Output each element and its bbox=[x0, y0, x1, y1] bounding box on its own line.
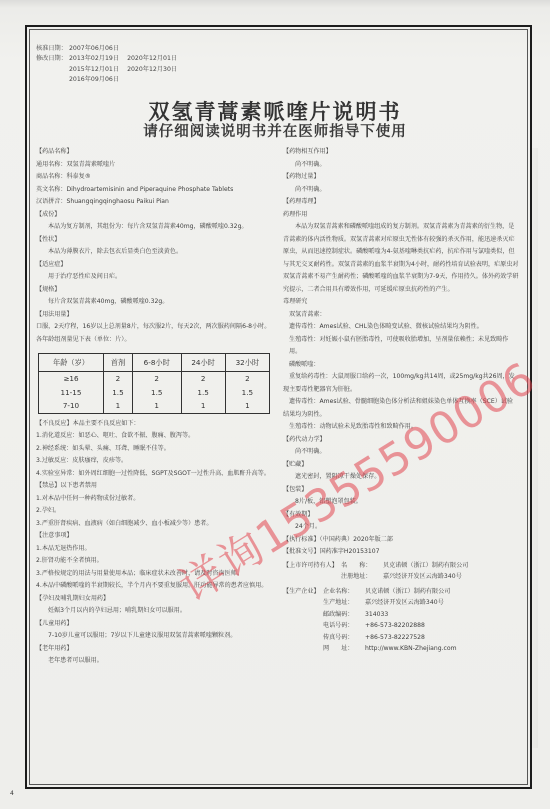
trade-name: 商品名称：科泰复® bbox=[36, 171, 272, 184]
section-text: 老年患者可以服用。 bbox=[36, 655, 272, 668]
pq-genotoxicity: 遗传毒性：Ames试验、骨髓细胞染色体分析法和姐妹染色单体互换率（SCE）试验结… bbox=[283, 396, 519, 421]
table-row: 11-151.51.51.51.5 bbox=[39, 386, 270, 400]
section-precautions: 【注意事项】 1.本品无退热作用。2.肝肾功能不全者慎用。3.严格按规定的用法与… bbox=[36, 530, 272, 593]
table-cell: 7-10 bbox=[39, 399, 104, 413]
table-cell: 1.5 bbox=[225, 386, 269, 400]
section-header: 【孕妇及哺乳期妇女用药】 bbox=[36, 593, 272, 606]
field-label: 邮政编码： bbox=[323, 609, 365, 621]
section-storage: 【贮藏】 遮光密封，置阴凉干燥处保存。 bbox=[283, 459, 519, 484]
revised-date: 2015年12月01日 bbox=[69, 65, 119, 75]
manufacturer-field: 邮政编码：314033 bbox=[323, 609, 457, 621]
field-label: 网 址： bbox=[323, 643, 365, 655]
section-pregnancy: 【孕妇及哺乳期妇女用药】 妊娠3个月以内的孕妇忌用；哺乳期妇女可以服用。 bbox=[36, 593, 272, 618]
section-header: 【药物相互作用】 bbox=[283, 146, 519, 159]
section-contraindications: 【禁忌】以下患者禁用 1.对本品中任何一种药物成份过敏者。2.孕妇。3.严重肝肾… bbox=[36, 480, 272, 530]
section-header: 【贮藏】 bbox=[283, 459, 519, 472]
section-header: 【批准文号】 bbox=[283, 548, 320, 555]
table-cell: 2 bbox=[225, 372, 269, 386]
section-header: 【生产企业】 bbox=[283, 586, 323, 655]
section-text: （中国药典）2020年版二部 bbox=[320, 536, 393, 543]
table-cell: 1.5 bbox=[132, 386, 181, 400]
section-standard: 【执行标准】（中国药典）2020年版二部 bbox=[283, 534, 519, 547]
table-column-header: 6-8小时 bbox=[132, 354, 181, 372]
section-header: 【有效期】 bbox=[283, 509, 519, 522]
section-text: 国药准字H20153107 bbox=[320, 548, 380, 555]
section-text: 8片/板，铝塑泡罩包装。 bbox=[283, 496, 519, 509]
table-cell: 2 bbox=[132, 372, 181, 386]
section-header: 【执行标准】 bbox=[283, 536, 320, 543]
table-cell: ≥16 bbox=[39, 372, 104, 386]
english-name: 英文名称：Dihydroartemisinin and Piperaquine … bbox=[36, 184, 272, 197]
section-package: 【包装】 8片/板，铝塑泡罩包装。 bbox=[283, 484, 519, 509]
section-header: 【药品名称】 bbox=[36, 146, 272, 159]
field-value: 嘉兴经济开发区云海路340号 bbox=[365, 597, 444, 609]
manufacturer-fields: 企业名称：贝克诺顿（浙江）制药有限公司生产地址：嘉兴经济开发区云海路340号邮政… bbox=[323, 586, 457, 655]
section-text: 本品为复方制剂，其组份为：每片含双氢青蒿素40mg，磷酸哌喹0.32g。 bbox=[36, 221, 272, 234]
section-specification: 【规格】 每片含双氢青蒿素40mg，磷酸哌喹0.32g。 bbox=[36, 284, 272, 309]
table-row: 7-101111 bbox=[39, 399, 270, 413]
table-column-header: 32小时 bbox=[225, 354, 269, 372]
section-drug-name: 【药品名称】 通用名称：双氢青蒿素哌喹片 商品名称：科泰复® 英文名称：Dihy… bbox=[36, 146, 272, 209]
dha-label: 双氢青蒿素： bbox=[283, 309, 519, 322]
section-header: 【药理毒理】 bbox=[283, 196, 519, 209]
generic-name: 通用名称：双氢青蒿素哌喹片 bbox=[36, 159, 272, 172]
list-item: 1.对本品中任何一种药物成份过敏者。 bbox=[36, 493, 272, 506]
section-header: 【药物过量】 bbox=[283, 171, 519, 184]
list-item: 1.本品无退热作用。 bbox=[36, 543, 272, 556]
section-indications: 【适应症】 用于治疗恶性疟及间日疟。 bbox=[36, 259, 272, 284]
list-item: 2.神经系统：如头晕、头痛、耳聋、睡眠不佳等。 bbox=[36, 443, 272, 456]
table-cell: 1 bbox=[103, 399, 132, 413]
revised-date: 2013年02月19日 bbox=[69, 54, 119, 64]
page-number: 4 bbox=[10, 790, 14, 797]
field-value: 314033 bbox=[365, 609, 388, 621]
section-header: 【注意事项】 bbox=[36, 530, 272, 543]
table-cell: 1.5 bbox=[103, 386, 132, 400]
table-column-header: 年龄（岁） bbox=[39, 354, 104, 372]
table-column-header: 24小时 bbox=[181, 354, 225, 372]
section-header: 【包装】 bbox=[283, 484, 519, 497]
table-cell: 2 bbox=[181, 372, 225, 386]
table-cell: 2 bbox=[103, 372, 132, 386]
section-dosage: 【用法用量】 口服，2天疗程，16岁以上总剂量8片，每次服2片，每天2次，两次服… bbox=[36, 309, 272, 414]
field-value: +86-573-82227528 bbox=[365, 632, 425, 644]
section-header: 【适应症】 bbox=[36, 259, 272, 272]
section-text: 每片含双氢青蒿素40mg，磷酸哌喹0.32g。 bbox=[36, 296, 272, 309]
field-label: 企业名称： bbox=[323, 586, 365, 598]
manufacturer-field: 电话号码：+86-573-82202888 bbox=[323, 620, 457, 632]
adverse-list: 1.消化道反应：如恶心、呕吐、食欲不振、腹痛、腹泻等。2.神经系统：如头晕、头痛… bbox=[36, 430, 272, 480]
field-label: 生产地址： bbox=[323, 597, 365, 609]
section-header: 【不良反应】 bbox=[36, 420, 73, 427]
manufacturer-field: 企业名称：贝克诺顿（浙江）制药有限公司 bbox=[323, 586, 457, 598]
section-validity: 【有效期】 24个月。 bbox=[283, 509, 519, 534]
section-intro: 以下患者禁用 bbox=[60, 482, 97, 489]
table-cell: 11-15 bbox=[39, 386, 104, 400]
section-geriatric: 【老年用药】 老年患者可以服用。 bbox=[36, 643, 272, 668]
subsection-title: 药理作用 bbox=[283, 209, 519, 222]
section-header: 【用法用量】 bbox=[36, 309, 272, 322]
dha-reproductive: 生殖毒性：对妊娠小鼠有胚胎毒性，可使吸收胎增加，呈剂量依赖性；未见致畸作用。 bbox=[283, 334, 519, 359]
section-header: 【性状】 bbox=[36, 234, 272, 247]
list-item: 3.严格按规定的用法与用量使用本品；临床症状未改善时，请及时咨询医师。 bbox=[36, 568, 272, 581]
section-header: 【药代动力学】 bbox=[283, 434, 519, 447]
pq-repeat-dose: 重复给药毒性：大鼠周服口给药一次，100mg/kg共14周，或25mg/kg共2… bbox=[283, 371, 519, 396]
revised-date: 2020年12月01日 bbox=[127, 54, 177, 64]
field-value: +86-573-82202888 bbox=[365, 620, 425, 632]
document-subtitle: 请仔细阅读说明书并在医师指导下使用 bbox=[0, 120, 550, 141]
holder-name: 贝克诺顿（浙江）制药有限公司 bbox=[383, 560, 468, 572]
table-cell: 1.5 bbox=[181, 386, 225, 400]
table-cell: 1 bbox=[225, 399, 269, 413]
section-description: 【性状】 本品为薄膜衣片，除去包衣后显类白色至淡黄色。 bbox=[36, 234, 272, 259]
field-label: 电话号码： bbox=[323, 620, 365, 632]
table-column-header: 首剂 bbox=[103, 354, 132, 372]
field-label: 注册地址： bbox=[341, 571, 383, 583]
section-pharmacology: 【药理毒理】 药理作用 本品为双氢青蒿素和磷酸哌喹组成的复方制剂。双氢青蒿素为青… bbox=[283, 196, 519, 434]
list-item: 4.本品中磷酸哌喹的半衰期较长，半个月内不要重复服用。肝功能异常的患者应慎用。 bbox=[36, 580, 272, 593]
section-header: 【禁忌】 bbox=[36, 482, 60, 489]
section-adverse-reactions: 【不良反应】本品主要不良反应如下： 1.消化道反应：如恶心、呕吐、食欲不振、腹痛… bbox=[36, 418, 272, 481]
contraindications-list: 1.对本品中任何一种药物成份过敏者。2.孕妇。3.严重肝肾疾病、血液病（如白细胞… bbox=[36, 493, 272, 531]
table-cell: 1 bbox=[181, 399, 225, 413]
section-text: 尚不明确。 bbox=[283, 159, 519, 172]
manufacturer-field: 传真号码：+86-573-82227528 bbox=[323, 632, 457, 644]
section-header: 【规格】 bbox=[36, 284, 272, 297]
left-column: 【药品名称】 通用名称：双氢青蒿素哌喹片 商品名称：科泰复® 英文名称：Dihy… bbox=[36, 146, 272, 668]
section-text: 妊娠3个月以内的孕妇忌用；哺乳期妇女可以服用。 bbox=[36, 605, 272, 618]
section-text: 尚不明确。 bbox=[283, 446, 519, 459]
dha-genotoxicity: 遗传毒性：Ames试验、CHL染色体畸变试验、微核试验结果均为阴性。 bbox=[283, 321, 519, 334]
revised-date-label: 修改日期： bbox=[36, 54, 69, 64]
field-value: http://www.KBN-Zhejiang.com bbox=[365, 643, 457, 655]
revised-date: 2020年12月30日 bbox=[127, 65, 177, 75]
right-column: 【药物相互作用】 尚不明确。 【药物过量】 尚不明确。 【药理毒理】 药理作用 … bbox=[283, 146, 519, 655]
section-composition: 【成份】 本品为复方制剂，其组份为：每片含双氢青蒿素40mg，磷酸哌喹0.32g… bbox=[36, 209, 272, 234]
field-label: 传真号码： bbox=[323, 632, 365, 644]
pq-label: 磷酸哌喹： bbox=[283, 359, 519, 372]
section-text: 用于治疗恶性疟及间日疟。 bbox=[36, 271, 272, 284]
list-item: 4.实验室异常：如外周红细胞一过性降低、SGPT及SGOT一过性升高、血肌酐升高… bbox=[36, 468, 272, 481]
section-text: 遮光密封，置阴凉干燥处保存。 bbox=[283, 471, 519, 484]
section-text: 本品为双氢青蒿素和磷酸哌喹组成的复方制剂。双氢青蒿素为青蒿素的衍生物，是青蒿素的… bbox=[283, 221, 519, 296]
section-approval-number: 【批准文号】国药准字H20153107 bbox=[283, 546, 519, 559]
section-text: 7-10岁儿童可以服用；7岁以下儿童建议服用双氢青蒿素哌喹颗粒剂。 bbox=[36, 630, 272, 643]
list-item: 2.肝肾功能不全者慎用。 bbox=[36, 555, 272, 568]
section-pediatric: 【儿童用药】 7-10岁儿童可以服用；7岁以下儿童建议服用双氢青蒿素哌喹颗粒剂。 bbox=[36, 618, 272, 643]
revised-date: 2016年09月06日 bbox=[69, 75, 119, 85]
list-item: 1.消化道反应：如恶心、呕吐、食欲不振、腹痛、腹泻等。 bbox=[36, 430, 272, 443]
dosage-table: 年龄（岁）首剂6-8小时24小时32小时 ≥16222211-151.51.51… bbox=[38, 353, 270, 414]
section-text: 24个月。 bbox=[283, 521, 519, 534]
table-row: ≥162222 bbox=[39, 372, 270, 386]
list-item: 2.孕妇。 bbox=[36, 505, 272, 518]
field-label: 名 称： bbox=[341, 560, 383, 572]
manufacturer-field: 生产地址：嘉兴经济开发区云海路340号 bbox=[323, 597, 457, 609]
table-cell: 1 bbox=[132, 399, 181, 413]
section-text: 尚不明确。 bbox=[283, 184, 519, 197]
section-license-holder: 【上市许可持有人】 名 称：贝克诺顿（浙江）制药有限公司 注册地址：嘉兴经济开发… bbox=[283, 560, 519, 583]
section-text: 口服，2天疗程，16岁以上总剂量8片，每次服2片，每天2次，两次服药间隔6-8小… bbox=[36, 321, 272, 346]
section-overdose: 【药物过量】 尚不明确。 bbox=[283, 171, 519, 196]
section-intro: 本品主要不良反应如下： bbox=[73, 420, 140, 427]
section-manufacturer: 【生产企业】 企业名称：贝克诺顿（浙江）制药有限公司生产地址：嘉兴经济开发区云海… bbox=[283, 586, 519, 655]
section-text: 本品为薄膜衣片，除去包衣后显类白色至淡黄色。 bbox=[36, 246, 272, 259]
list-item: 3.过敏反应：皮肤瘙痒，皮疹等。 bbox=[36, 455, 272, 468]
approved-date: 2007年06月06日 bbox=[69, 44, 119, 54]
precautions-list: 1.本品无退热作用。2.肝肾功能不全者慎用。3.严格按规定的用法与用量使用本品；… bbox=[36, 543, 272, 593]
section-pharmacokinetics: 【药代动力学】 尚不明确。 bbox=[283, 434, 519, 459]
pinyin-name: 汉语拼音：Shuangqingqinghaosu Paikui Pian bbox=[36, 196, 272, 209]
approved-date-label: 核准日期： bbox=[36, 44, 69, 54]
list-item: 3.严重肝肾疾病、血液病（如白细胞减少、血小板减少等）患者。 bbox=[36, 518, 272, 531]
section-interactions: 【药物相互作用】 尚不明确。 bbox=[283, 146, 519, 171]
subsection-title: 毒理研究 bbox=[283, 296, 519, 309]
pq-reproductive: 生殖毒性：动物试验未见致胎毒性和致畸作用。 bbox=[283, 421, 519, 434]
section-header: 【老年用药】 bbox=[36, 643, 272, 656]
section-header: 【成份】 bbox=[36, 209, 272, 222]
section-header: 【儿童用药】 bbox=[36, 618, 272, 631]
holder-address: 嘉兴经济开发区云海路340号 bbox=[383, 571, 462, 583]
field-value: 贝克诺顿（浙江）制药有限公司 bbox=[365, 586, 450, 598]
section-header: 【上市许可持有人】 bbox=[283, 560, 341, 583]
manufacturer-field: 网 址：http://www.KBN-Zhejiang.com bbox=[323, 643, 457, 655]
approval-dates: 核准日期：2007年06月06日 修改日期：2013年02月19日2020年12… bbox=[36, 44, 185, 86]
